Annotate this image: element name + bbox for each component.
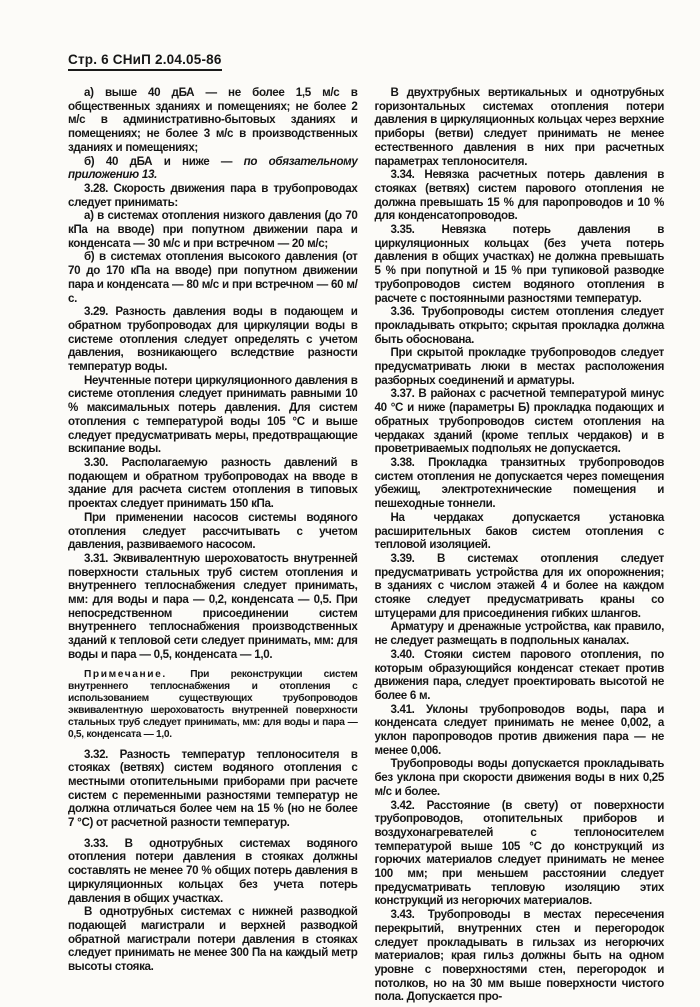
paragraph: 3.37. В районах с расчетной температурой… bbox=[375, 387, 665, 456]
clause-number: 3.40. bbox=[391, 648, 425, 661]
page-header: Стр. 6 СНиП 2.04.05-86 bbox=[68, 52, 222, 71]
paragraph: 3.29. Разность давления воды в подающем … bbox=[68, 305, 358, 374]
paragraph: 3.41. Уклоны трубопроводов воды, пара и … bbox=[375, 703, 665, 758]
paragraph: 3.35. Невязка потерь давления в циркуляц… bbox=[375, 223, 665, 305]
clause-number: 3.32. bbox=[84, 748, 120, 761]
paragraph: На чердаках допускается установка расшир… bbox=[375, 511, 665, 552]
paragraph: При скрытой прокладке трубопроводов след… bbox=[375, 346, 665, 387]
paragraph: а) в системах отопления низкого давления… bbox=[68, 209, 358, 250]
clause-number: 3.30. bbox=[84, 456, 122, 469]
paragraph: 3.33. В однотрубных системах водяного от… bbox=[68, 837, 358, 906]
clause-number: 3.41. bbox=[391, 703, 427, 716]
clause-number: 3.38. bbox=[391, 456, 429, 469]
clause-number: 3.37. bbox=[391, 387, 419, 400]
paragraph: 3.34. Невязка расчетных потерь давления … bbox=[375, 168, 665, 223]
clause-number: 3.35. bbox=[391, 223, 442, 236]
paragraph: 3.40. Стояки систем парового отопления, … bbox=[375, 648, 665, 703]
clause-number: 3.39. bbox=[391, 552, 437, 565]
page-header-text: Стр. 6 СНиП 2.04.05-86 bbox=[68, 52, 222, 67]
clause-number: 3.42. bbox=[391, 799, 427, 812]
paragraph: 3.30. Располагаемую разность давлений в … bbox=[68, 456, 358, 511]
clause-number: б) bbox=[84, 250, 99, 263]
paragraph: В двухтрубных вертикальных и однотрубных… bbox=[375, 86, 665, 168]
paragraph: В однотрубных системах с нижней разводко… bbox=[68, 905, 358, 974]
paragraph: а) выше 40 дБА — не более 1,5 м/с в обще… bbox=[68, 86, 358, 155]
paragraph: 3.31. Эквивалентную шероховатость внутре… bbox=[68, 552, 358, 662]
clause-number: а) bbox=[84, 86, 105, 99]
note-label: Примечание. bbox=[84, 669, 190, 680]
clause-number: 3.34. bbox=[391, 168, 425, 181]
paragraph: 3.39. В системах отопления следует преду… bbox=[375, 552, 665, 621]
italic-reference: по обязательному приложению 13. bbox=[68, 155, 358, 182]
paragraph: 3.32. Разность температур теплоносителя … bbox=[68, 748, 358, 830]
clause-number: б) bbox=[84, 155, 106, 168]
clause-number: 3.33. bbox=[84, 837, 125, 850]
paragraph: Неучтенные потери циркуляционного давлен… bbox=[68, 374, 358, 456]
clause-number: а) bbox=[84, 209, 97, 222]
clause-number: 3.31. bbox=[84, 552, 113, 565]
paragraph: Арматуру и дренажные устройства, как пра… bbox=[375, 620, 665, 647]
clause-number: 3.36. bbox=[391, 305, 422, 318]
text-columns: а) выше 40 дБА — не более 1,5 м/с в обще… bbox=[68, 86, 664, 1004]
paragraph: б) 40 дБА и ниже — по обязательному прил… bbox=[68, 155, 358, 182]
paragraph: 3.28. Скорость движения пара в трубопров… bbox=[68, 182, 358, 209]
paragraph: 3.38. Прокладка транзитных трубопроводов… bbox=[375, 456, 665, 511]
document-page: Стр. 6 СНиП 2.04.05-86 а) выше 40 дБА — … bbox=[0, 0, 700, 1007]
clause-number: 3.43. bbox=[391, 908, 428, 921]
paragraph: 3.42. Расстояние (в свету) от поверхност… bbox=[375, 799, 665, 909]
clause-number: 3.29. bbox=[84, 305, 115, 318]
note-paragraph: Примечание. При реконструкции систем вну… bbox=[68, 669, 358, 741]
paragraph: Трубопроводы воды допускается прокладыва… bbox=[375, 757, 665, 798]
paragraph: 3.43. Трубопроводы в местах пересечения … bbox=[375, 908, 665, 1004]
paragraph: При применении насосов системы водяного … bbox=[68, 511, 358, 552]
column-left: а) выше 40 дБА — не более 1,5 м/с в обще… bbox=[68, 86, 358, 974]
paragraph: б) в системах отопления высокого давлени… bbox=[68, 250, 358, 305]
clause-number: 3.28. bbox=[84, 182, 113, 195]
column-right: В двухтрубных вертикальных и однотрубных… bbox=[375, 86, 665, 1004]
paragraph: 3.36. Трубопроводы систем отопления след… bbox=[375, 305, 665, 346]
